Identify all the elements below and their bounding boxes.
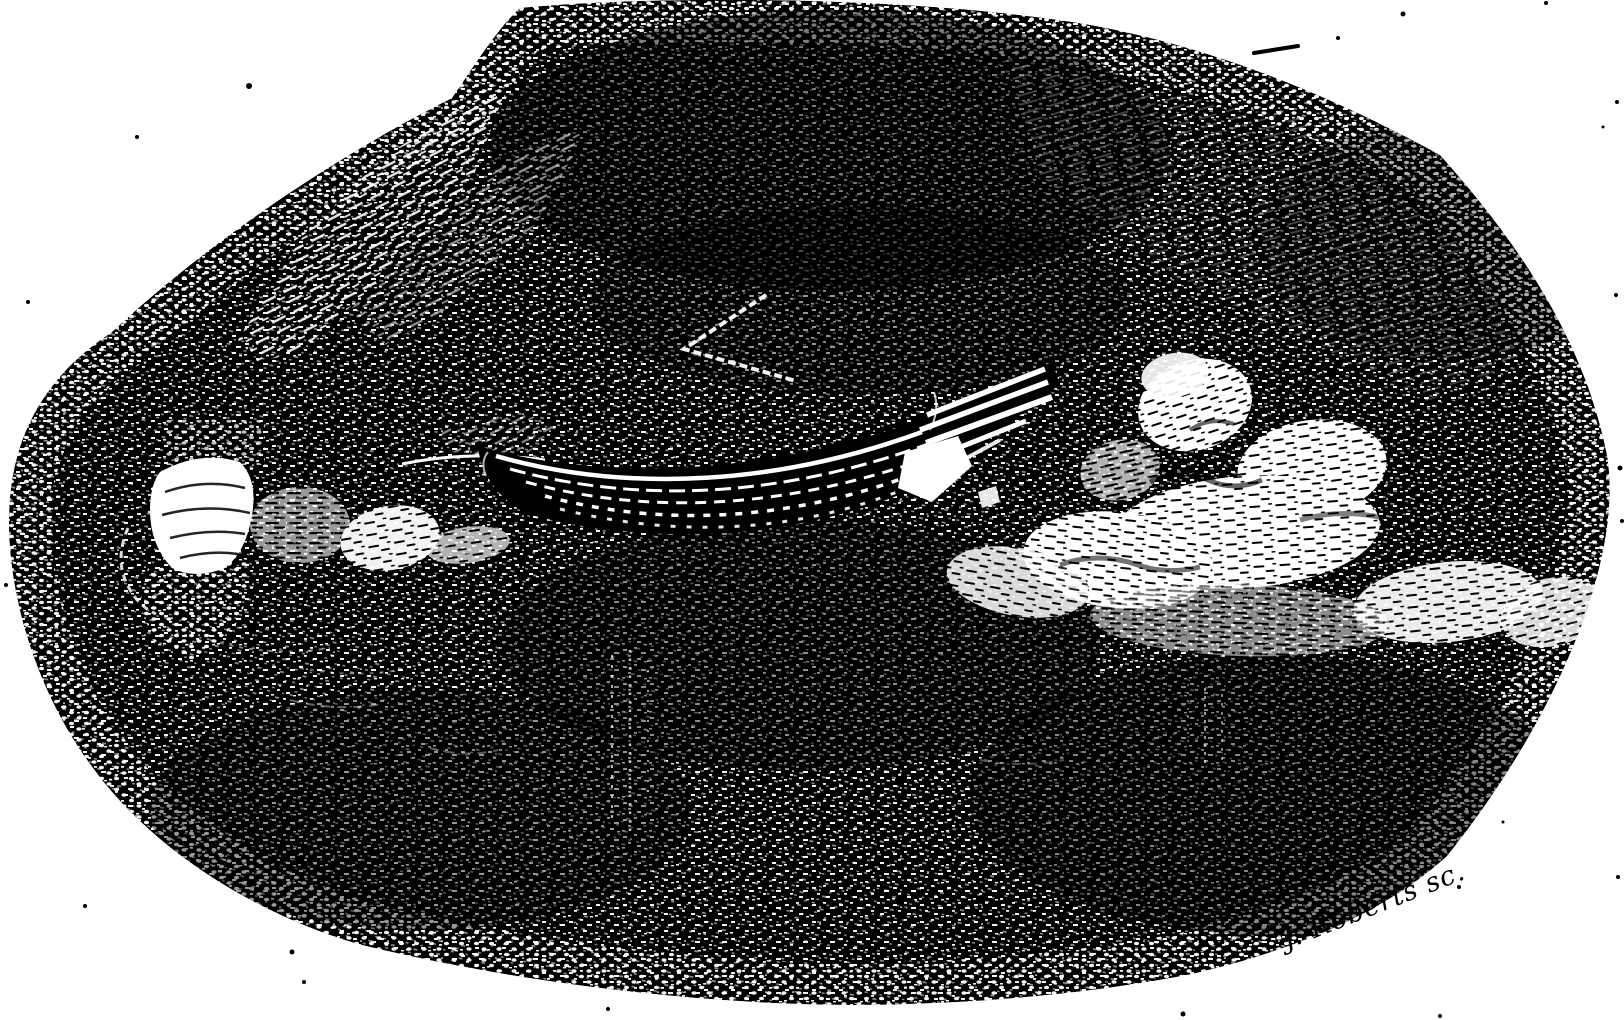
engraving-page: J. Roberts sc. <box>0 0 1624 1020</box>
artwork-canvas: J. Roberts sc. <box>0 0 1624 1020</box>
